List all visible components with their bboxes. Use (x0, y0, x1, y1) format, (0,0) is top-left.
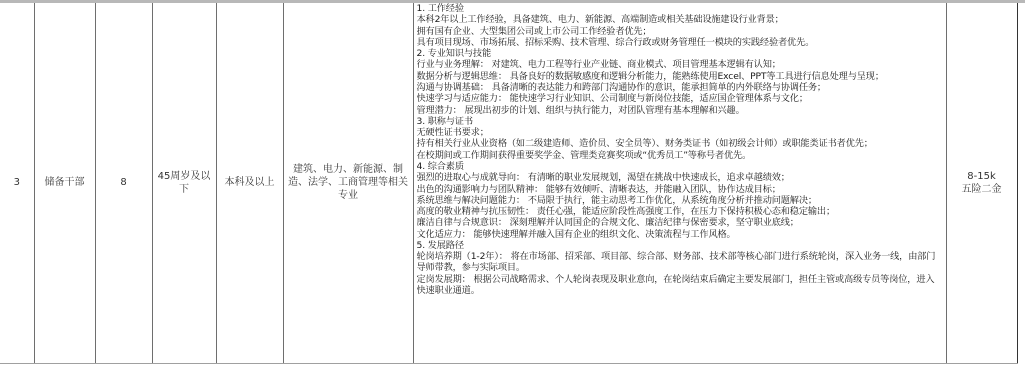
requirement-item: 快速学习与适应能力： 能快速学习行业知识、公司制度与新岗位技能，适应国企管理体系… (417, 93, 943, 104)
requirement-item: 轮岗培养期（1-2年）： 将在市场部、招采部、项目部、综合部、财务部、技术部等核… (417, 251, 943, 274)
requirement-heading: 3. 职称与证书 (417, 116, 943, 127)
requirement-item: 本科2年以上工作经验，具备建筑、电力、新能源、高端制造或相关基础设施建设行业背景… (417, 14, 943, 25)
requirements-list: 1. 工作经验本科2年以上工作经验，具备建筑、电力、新能源、高端制造或相关基础设… (417, 3, 943, 296)
requirement-item: 系统思维与解决问题能力： 不局限于执行，能主动思考工作优化，从系统角度分析并推动… (417, 195, 943, 206)
table-row: 3 储备干部 8 45周岁及以下 本科及以上 建筑、电力、新能源、制造、法学、工… (0, 3, 1017, 363)
requirement-heading: 2. 专业知识与技能 (417, 48, 943, 59)
requirement-item: 持有相关行业从业资格（如二级建造师、造价员、安全员等）、财务类证书（如初级会计师… (417, 138, 943, 149)
requirement-heading: 5. 发展路径 (417, 240, 943, 251)
requirement-item: 具有项目现场、市场拓展、招标采购、技术管理、综合行政或财务管理任一模块的实践经验… (417, 37, 943, 48)
requirement-item: 管理潜力： 展现出初步的计划、组织与执行能力，对团队管理有基本理解和兴趣。 (417, 105, 943, 116)
requirement-item: 在校期间或工作期间获得重要奖学金、管理类竞赛奖项或“优秀员工”等称号者优先。 (417, 150, 943, 161)
salary-cell: 8-15k 五险二金 (946, 3, 1017, 363)
requirement-item: 出色的沟通影响力与团队精神： 能够有效倾听、清晰表达，并能融入团队，协作达成目标… (417, 184, 943, 195)
requirement-item: 行业与业务理解： 对建筑、电力工程等行业产业链、商业模式、项目管理基本逻辑有认知… (417, 59, 943, 70)
age-cell: 45周岁及以下 (152, 3, 216, 363)
requirement-item: 文化适应力： 能够快速理解并融入国有企业的组织文化、决策流程与工作风格。 (417, 229, 943, 240)
requirement-item: 定岗发展期： 根据公司战略需求、个人轮岗表现及职业意向，在轮岗结束后确定主要发展… (417, 274, 943, 297)
position-cell: 储备干部 (34, 3, 95, 363)
requirement-heading: 1. 工作经验 (417, 3, 943, 14)
major-cell: 建筑、电力、新能源、制造、法学、工商管理等相关专业 (283, 3, 413, 363)
index-cell: 3 (0, 3, 34, 363)
requirements-cell: 1. 工作经验本科2年以上工作经验，具备建筑、电力、新能源、高端制造或相关基础设… (413, 3, 946, 363)
requirement-heading: 4. 综合素质 (417, 161, 943, 172)
requirement-item: 强烈的进取心与成就导向： 有清晰的职业发展规划，渴望在挑战中快速成长，追求卓越绩… (417, 172, 943, 183)
requirement-item: 无硬性证书要求； (417, 127, 943, 138)
headcount-cell: 8 (95, 3, 152, 363)
requirement-item: 廉洁自律与合规意识： 深刻理解并认同国企的合规文化、廉洁纪律与保密要求，坚守职业… (417, 217, 943, 228)
salary-range: 8-15k (951, 170, 1013, 183)
requirement-item: 拥有国有企业、大型集团公司或上市公司工作经验者优先； (417, 26, 943, 37)
education-cell: 本科及以上 (216, 3, 283, 363)
requirement-item: 数据分析与逻辑思维： 具备良好的数据敏感度和逻辑分析能力，能熟练使用Excel、… (417, 71, 943, 82)
benefits: 五险二金 (951, 183, 1013, 196)
requirement-item: 沟通与协调基础： 具备清晰的表达能力和跨部门沟通协作的意识，能承担简单的内外联络… (417, 82, 943, 93)
job-table: 3 储备干部 8 45周岁及以下 本科及以上 建筑、电力、新能源、制造、法学、工… (0, 3, 1018, 364)
requirement-item: 高度的敬业精神与抗压韧性： 责任心强，能适应阶段性高强度工作，在压力下保持积极心… (417, 206, 943, 217)
